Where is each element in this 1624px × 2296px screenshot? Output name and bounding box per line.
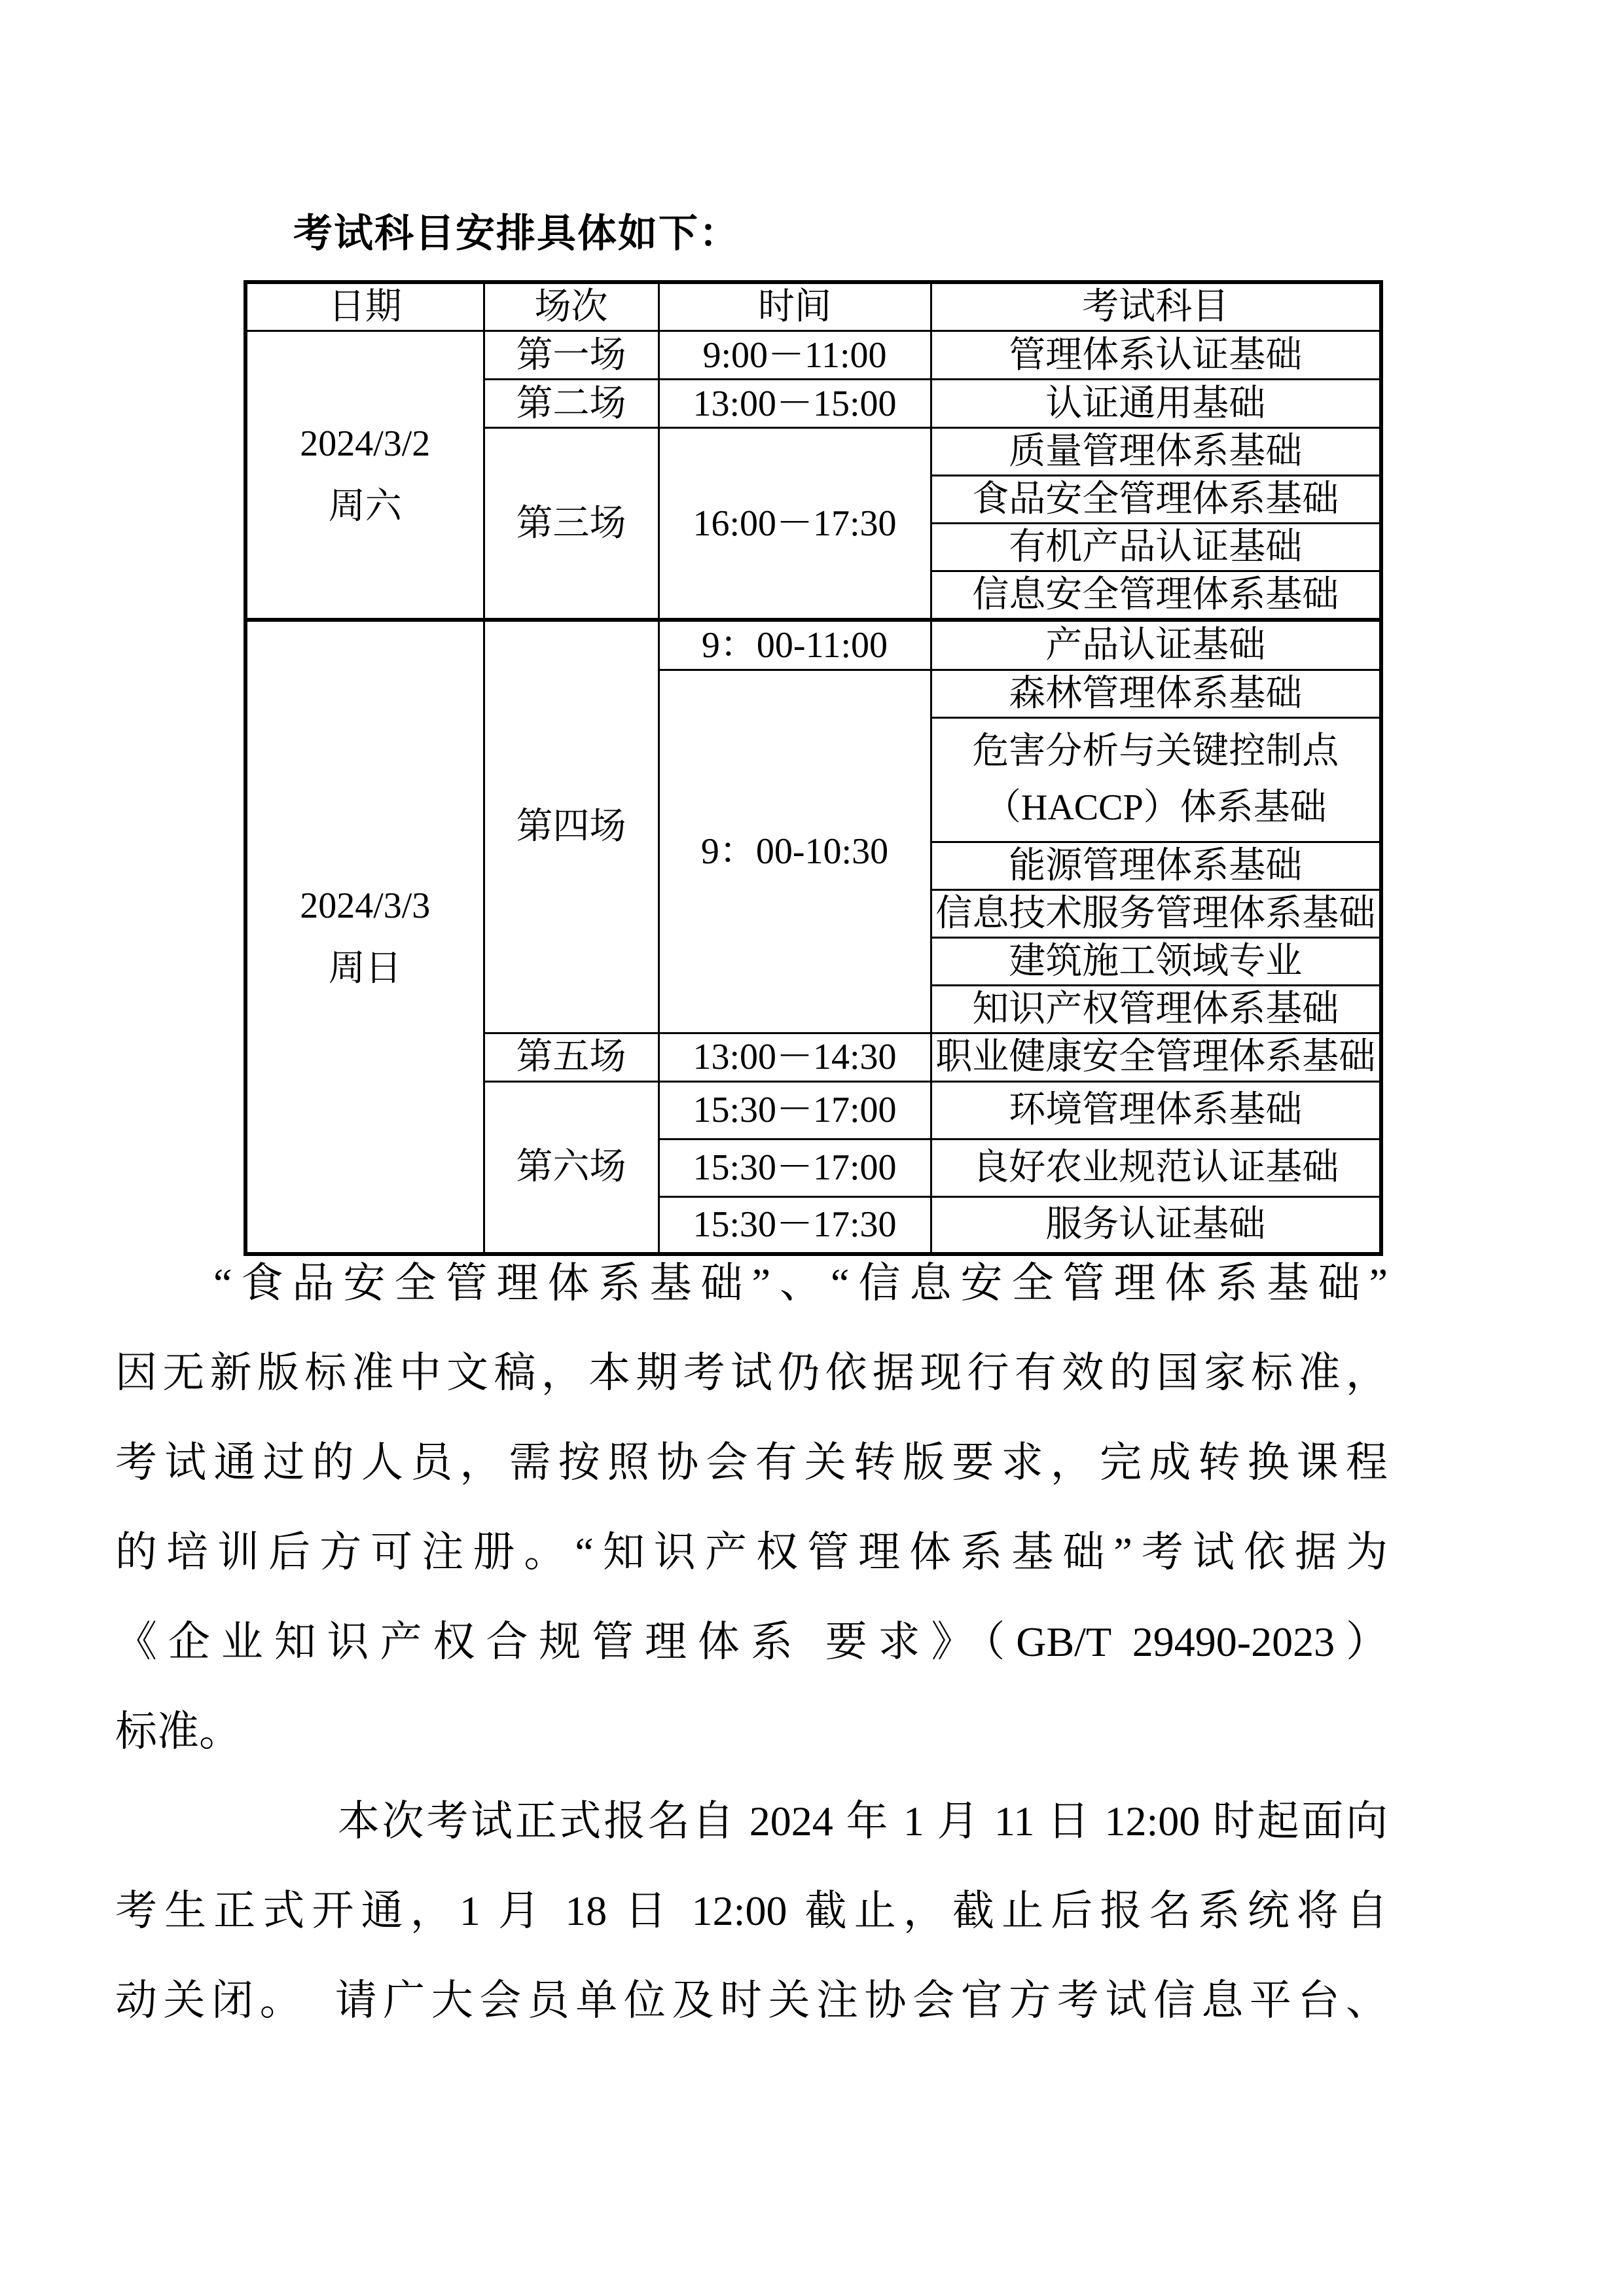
subject-cell: 管理体系认证基础 [931,331,1381,380]
subject-cell: 危害分析与关键控制点 （HACCP）体系基础 [931,717,1381,842]
subject-cell: 森林管理体系基础 [931,670,1381,717]
session-cell: 第二场 [484,380,659,428]
session-cell: 第五场 [484,1033,659,1081]
time-cell: 16:00－17:30 [659,428,931,620]
exam-schedule-table: 日期 场次 时间 考试科目 2024/3/2 周六 第一场 9:00－11:00… [244,280,1383,1256]
subject-cell: 有机产品认证基础 [931,524,1381,571]
subject-cell: 食品安全管理体系基础 [931,476,1381,524]
document-page: 考试科目安排具体如下： 日期 场次 时间 考试科目 2024/3/2 周六 第 [0,0,1624,2296]
paragraph-line: 本次考试正式报名自 2024 年 1 月 11 日 12:00 时起面向 [115,1776,1388,1866]
date-cell-day2: 2024/3/3 周日 [245,620,484,1254]
subject-cell: 认证通用基础 [931,380,1381,428]
subject-cell: 建筑施工领域专业 [931,937,1381,985]
subject-cell: 知识产权管理体系基础 [931,985,1381,1033]
table-row: 2024/3/2 周六 第一场 9:00－11:00 管理体系认证基础 [245,331,1381,380]
session-cell: 第一场 [484,331,659,380]
subject-cell: 职业健康安全管理体系基础 [931,1033,1381,1081]
header-cell-time: 时间 [659,282,931,331]
date-line2: 周日 [247,937,483,1000]
session-cell: 第六场 [484,1081,659,1254]
date-cell-day1: 2024/3/2 周六 [245,331,484,620]
header-cell-date: 日期 [245,282,484,331]
paragraph-line: 动关闭。 请广大会员单位及时关注协会官方考试信息平台、 [115,1956,1388,2045]
header-cell-subject: 考试科目 [931,282,1381,331]
time-cell: 13:00－14:30 [659,1033,931,1081]
time-cell: 9：00-10:30 [659,670,931,1033]
subject-cell: 良好农业规范认证基础 [931,1139,1381,1196]
paragraph-line: “食品安全管理体系基础”、“信息安全管理体系基础” [115,1238,1388,1328]
subject-cell: 信息技术服务管理体系基础 [931,889,1381,937]
time-cell: 9：00-11:00 [659,620,931,670]
paragraph-line: 《企业知识产权合规管理体系 要求》（GB/T 29490-2023） [115,1597,1388,1687]
paragraph-line: 标准。 [115,1687,1388,1776]
date-line2: 周六 [247,475,483,538]
subject-cell: 产品认证基础 [931,620,1381,670]
subject-cell: 信息安全管理体系基础 [931,571,1381,620]
time-cell: 13:00－15:00 [659,380,931,428]
header-cell-session: 场次 [484,282,659,331]
section-heading: 考试科目安排具体如下： [293,204,740,263]
paragraph-line: 因无新版标准中文稿，本期考试仍依据现行有效的国家标准， [115,1328,1388,1418]
date-line1: 2024/3/2 [247,412,483,475]
subject-cell: 质量管理体系基础 [931,428,1381,476]
table-row: 2024/3/3 周日 第四场 9：00-11:00 产品认证基础 [245,620,1381,670]
time-cell: 15:30－17:00 [659,1081,931,1139]
time-cell: 9:00－11:00 [659,331,931,380]
paragraph-line: 考试通过的人员，需按照协会有关转版要求，完成转换课程 [115,1418,1388,1507]
date-line1: 2024/3/3 [247,874,483,937]
time-cell: 15:30－17:00 [659,1139,931,1196]
subject-cell: 环境管理体系基础 [931,1081,1381,1139]
paragraph-line: 的培训后方可注册。“知识产权管理体系基础”考试依据为 [115,1507,1388,1597]
table-header-row: 日期 场次 时间 考试科目 [245,282,1381,331]
session-cell: 第三场 [484,428,659,620]
subject-cell: 能源管理体系基础 [931,842,1381,889]
paragraph-line: 考生正式开通，1 月 18 日 12:00 截止，截止后报名系统将自 [115,1866,1388,1956]
session-cell: 第四场 [484,620,659,1033]
body-text: “食品安全管理体系基础”、“信息安全管理体系基础” 因无新版标准中文稿，本期考试… [115,1238,1388,2045]
subject-line1: 危害分析与关键控制点 [932,723,1380,780]
subject-line2: （HACCP）体系基础 [932,780,1380,836]
